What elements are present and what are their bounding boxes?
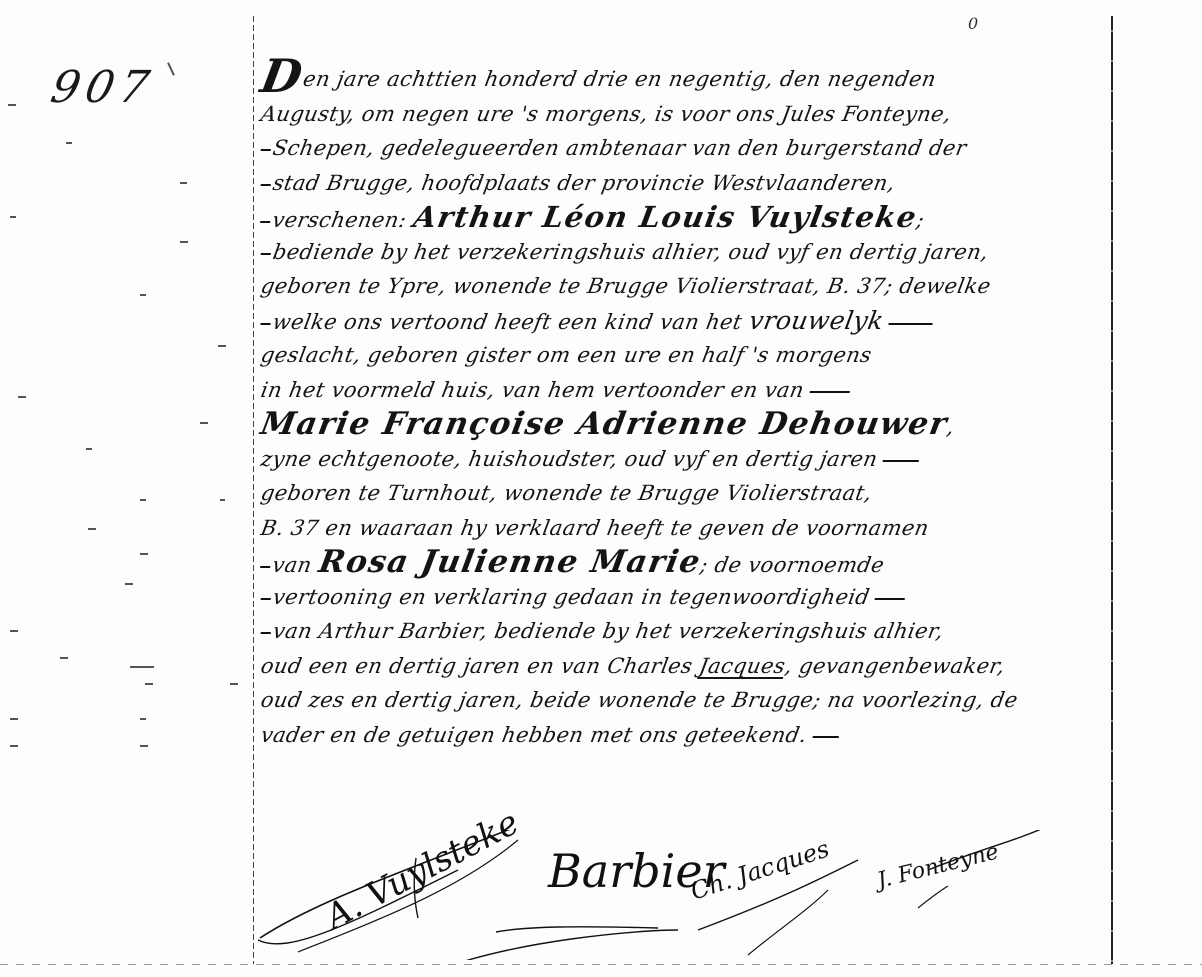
- top-pencil-mark: 0: [968, 14, 978, 33]
- sex-word: vrouwelyk: [747, 306, 886, 335]
- record-number: 907: [47, 62, 160, 113]
- record-line-18: oud een en dertig jaren en van Charles J…: [258, 649, 1154, 684]
- record-line-20: vader en de getuigen hebben met ons gete…: [258, 718, 1154, 753]
- record-line-16: vertooning en verklaring gedaan in tegen…: [258, 580, 1154, 615]
- record-line-13: geboren te Turnhout, wonende te Brugge V…: [258, 476, 1154, 511]
- record-line-11: Marie Françoise Adrienne Dehouwer,: [258, 407, 1154, 442]
- record-line-9: geslacht, geboren gister om een ure en h…: [258, 338, 1154, 373]
- record-line-2: Augusty, om negen ure 's morgens, is voo…: [258, 97, 1154, 132]
- record-line-10: in het voormeld huis, van hem vertoonder…: [258, 373, 1154, 408]
- mother-name: Marie Françoise Adrienne Dehouwer: [258, 406, 951, 442]
- child-name: Rosa Julienne Marie: [316, 544, 704, 580]
- record-line-7: geboren te Ypre, wonende te Brugge Violi…: [258, 269, 1154, 304]
- record-line-14: B. 37 en waaraan hy verklaard heeft te g…: [258, 511, 1154, 546]
- record-line-3: Schepen, gedelegueerden ambtenaar van de…: [258, 131, 1154, 166]
- father-name: Arthur Léon Louis Vuylsteke: [411, 200, 920, 234]
- scanned-register-page: 907 0 Den jare achttien honderd drie en …: [0, 0, 1202, 977]
- record-line-15: van Rosa Julienne Marie; de voornoemde: [258, 545, 1154, 580]
- record-line-19: oud zes en dertig jaren, beide wonende t…: [258, 683, 1154, 718]
- record-body: Den jare achttien honderd drie en negent…: [258, 62, 1148, 752]
- record-line-17: van Arthur Barbier, bediende by het verz…: [258, 614, 1154, 649]
- record-line-5: verschenen: Arthur Léon Louis Vuylsteke;: [258, 200, 1154, 235]
- page-bottom-edge: [0, 964, 1202, 965]
- left-margin-rule: [253, 16, 254, 964]
- record-line-4: stad Brugge, hoofdplaats der provincie W…: [258, 166, 1154, 201]
- drop-cap: D: [257, 49, 307, 103]
- witness-surname: Jacques: [697, 654, 787, 678]
- signature-block: A. Vuylsteke Barbier Ch. Jacques J. Font…: [258, 830, 1118, 960]
- record-line-6: bediende by het verzekeringshuis alhier,…: [258, 235, 1154, 270]
- record-line-8: welke ons vertoond heeft een kind van he…: [258, 304, 1154, 339]
- left-margin-guides: [0, 0, 250, 977]
- record-line-12: zyne echtgenoote, huishoudster, oud vyf …: [258, 442, 1154, 477]
- record-line-1: Den jare achttien honderd drie en negent…: [258, 62, 1154, 97]
